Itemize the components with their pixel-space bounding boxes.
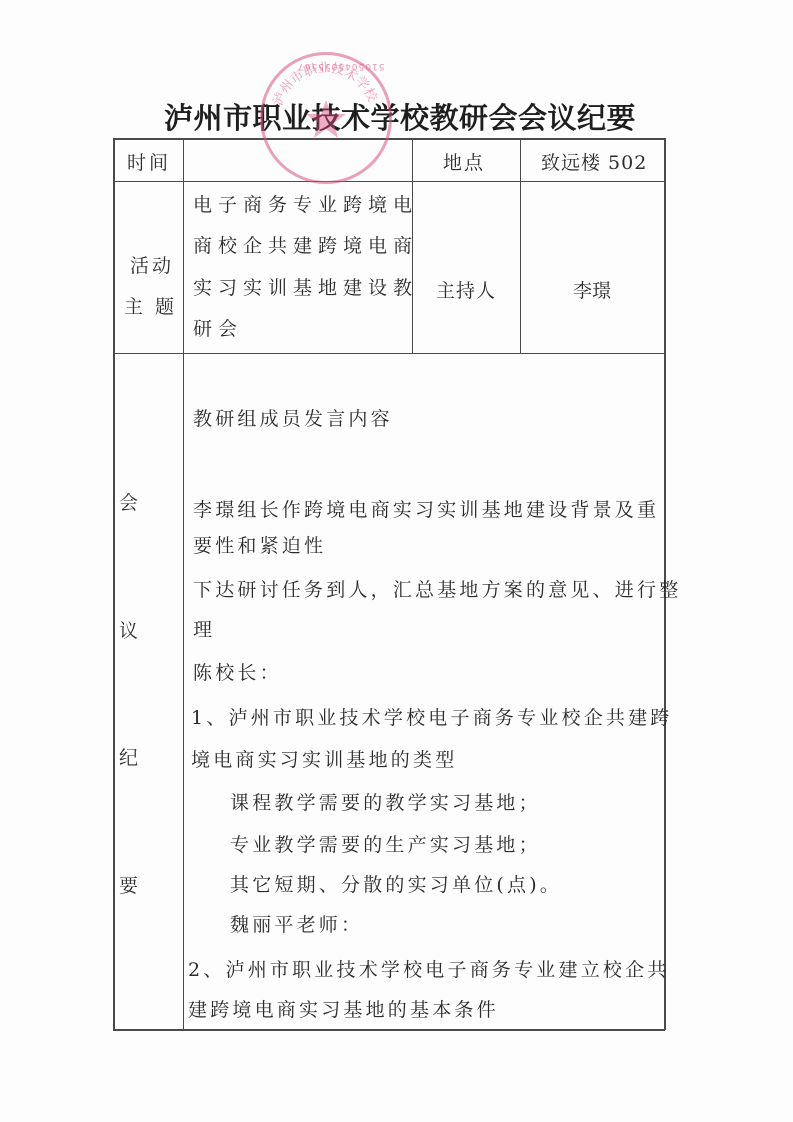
minutes-line: 魏丽平老师：	[230, 910, 363, 937]
minutes-line: 理	[193, 615, 215, 642]
col-divider-3	[520, 138, 521, 354]
official-seal-stamp: 泸州市职业技术学校 5105045055567	[260, 52, 392, 184]
minutes-line: 陈校长：	[193, 658, 282, 685]
seal-star-icon: 泸州市职业技术学校	[260, 52, 392, 184]
seal-digits: 5105045055567	[297, 61, 384, 71]
col-divider-1	[183, 138, 184, 1030]
host-label: 主持人	[436, 276, 496, 303]
minutes-line: 2、泸州市职业技术学校电子商务专业建立校企共	[188, 955, 670, 982]
theme-line: 实习实训基地建设教	[193, 273, 418, 300]
minutes-line: 建跨境电商实习基地的基本条件	[188, 995, 499, 1022]
minutes-side-label-2: 议	[119, 616, 138, 643]
minutes-line: 教研组成员发言内容	[193, 404, 393, 431]
document-title: 泸州市职业技术学校教研会会议纪要	[150, 96, 650, 137]
location-value: 致远楼 502	[541, 148, 647, 175]
minutes-table: 时间 地点 致远楼 502 活动 主 题 电子商务专业跨境电 商校企共建跨境电商…	[113, 138, 665, 1030]
minutes-side-label-3: 纪	[119, 743, 138, 770]
minutes-line: 其它短期、分散的实习单位(点)。	[230, 870, 562, 897]
theme-line: 商校企共建跨境电商	[193, 231, 418, 258]
minutes-line: 要性和紧迫性	[193, 531, 326, 558]
table-border-left	[113, 138, 115, 1030]
minutes-line: 1、泸州市职业技术学校电子商务专业校企共建跨	[191, 703, 673, 730]
minutes-line: 课程教学需要的教学实习基地；	[230, 788, 541, 815]
theme-line: 电子商务专业跨境电	[193, 190, 418, 217]
table-border-bottom	[113, 1029, 665, 1031]
minutes-side-label-4: 要	[119, 871, 138, 898]
theme-line: 研会	[193, 314, 243, 341]
time-label: 时间	[127, 148, 171, 175]
minutes-line: 李璟组长作跨境电商实习实训基地建设背景及重	[193, 495, 659, 522]
minutes-side-label-1: 会	[119, 488, 138, 515]
theme-label-line1: 活动	[130, 251, 174, 278]
minutes-line: 专业教学需要的生产实习基地；	[230, 830, 541, 857]
location-label: 地点	[443, 148, 485, 175]
theme-label-line2: 主 题	[124, 292, 177, 319]
row-divider-2	[113, 353, 665, 354]
minutes-line: 下达研讨任务到人，汇总基地方案的意见、进行整	[193, 575, 681, 602]
minutes-line: 境电商实习实训基地的类型	[191, 745, 457, 772]
host-value: 李璟	[573, 276, 611, 303]
